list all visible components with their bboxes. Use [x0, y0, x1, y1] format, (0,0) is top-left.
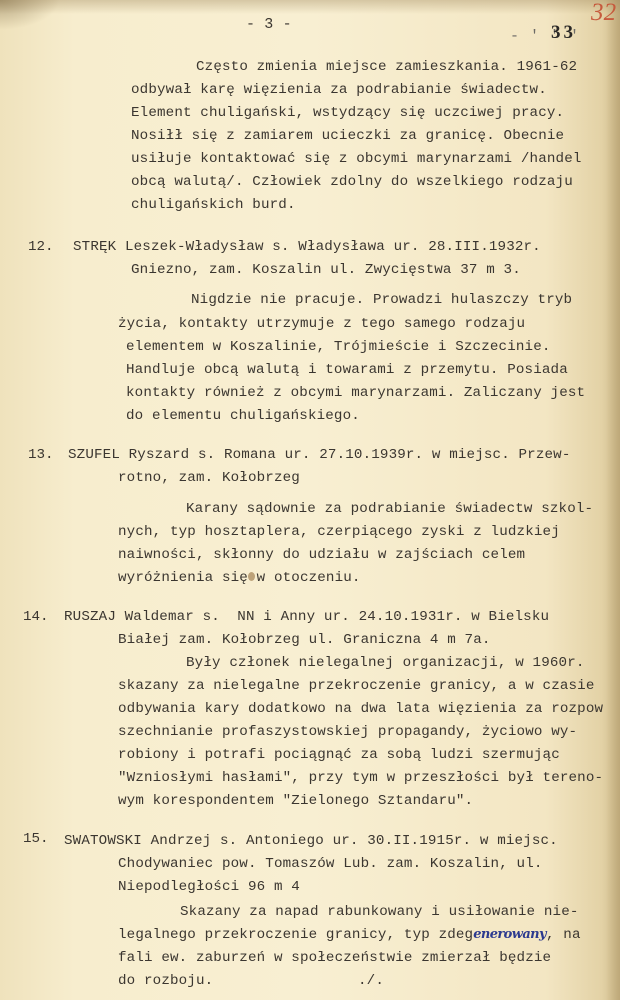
text-line: Były członek nielegalnej organizacji, w …: [186, 654, 585, 672]
text-line: do rozboju.: [118, 972, 213, 990]
text-line: Element chuligański, wstydzący się uczci…: [131, 104, 564, 122]
handwritten-correction: enerowany: [473, 927, 546, 942]
text-line: nych, typ hosztaplera, czerpiącego zyski…: [118, 523, 560, 541]
text-line: naiwności, skłonny do udziału w zajściac…: [118, 546, 525, 564]
entry-header-line: Gniezno, zam. Koszalin ul. Zwycięstwa 37…: [131, 261, 521, 279]
text-line: obcą walutą/. Człowiek zdolny do wszelki…: [131, 173, 573, 191]
paper-shadow-right: [606, 0, 620, 1000]
text-line: Nosiłł się z zamiarem ucieczki za granic…: [131, 127, 564, 145]
text-line: skazany za nielegalne przekroczenie gran…: [118, 677, 595, 695]
typed-text: legalnego przekroczenie granicy, typ zde…: [118, 927, 473, 943]
text-line: odbywał karę więzienia za podrabianie św…: [131, 81, 547, 99]
entry-number: 14.: [23, 608, 49, 626]
page-label: - 3 -: [246, 16, 292, 34]
entry-header-line: Chodywaniec pow. Tomaszów Lub. zam. Kosz…: [118, 855, 543, 873]
end-mark: ./.: [358, 972, 384, 990]
text-line: kontakty również z obcymi marynarzami. Z…: [126, 384, 585, 402]
text-line: odbywania kary dodatkowo na dwa lata wię…: [118, 700, 603, 718]
entry-header-line: rotno, zam. Kołobrzeg: [118, 469, 300, 487]
text-line-with-correction: legalnego przekroczenie granicy, typ zde…: [118, 926, 581, 944]
text-line: szechnianie profaszystowskiej propagandy…: [118, 723, 577, 741]
entry-number: 15.: [23, 830, 49, 848]
entry-header-line: Białej zam. Kołobrzeg ul. Graniczna 4 m …: [118, 631, 491, 649]
text-line: Często zmienia miejsce zamieszkania. 196…: [196, 58, 577, 76]
typed-text: , na: [546, 927, 581, 943]
text-line: elementem w Koszalinie, Trójmieście i Sz…: [126, 338, 551, 356]
paper-shadow-top: [0, 0, 620, 14]
entry-header-line: SWATOWSKI Andrzej s. Antoniego ur. 30.II…: [64, 832, 558, 850]
archive-page-number: 33: [551, 24, 576, 42]
text-line: Karany sądownie za podrabianie świadectw…: [186, 500, 593, 518]
text-line: usiłuje kontaktować się z obcymi marynar…: [131, 150, 582, 168]
text-line: Handluje obcą walutą i towarami z przemy…: [126, 361, 568, 379]
text-line: chuligańskich burd.: [131, 196, 296, 214]
handwritten-folio-number: 32: [591, 4, 616, 22]
text-line: życia, kontakty utrzymuje z tego samego …: [118, 315, 525, 333]
text-line: wyróżnienia się w otoczeniu.: [118, 569, 361, 587]
text-line: fali ew. zaburzeń w społeczeństwie zmier…: [118, 949, 551, 967]
entry-number: 12.: [28, 238, 54, 256]
text-line: Skazany za napad rabunkowany i usiłowani…: [180, 903, 579, 921]
entry-number: 13.: [28, 446, 54, 464]
text-line: do elementu chuligańskiego.: [126, 407, 360, 425]
text-line: robiony i potrafi pociągnąć za sobą ludz…: [118, 746, 560, 764]
text-line: "Wzniosłymi hasłami", przy tym w przeszł…: [118, 769, 603, 787]
paper-shadow-corner: [0, 0, 60, 30]
ink-stain: [248, 572, 255, 581]
text-line: Nigdzie nie pracuje. Prowadzi hulaszczy …: [191, 291, 572, 309]
text-line: wym korespondentem "Zielonego Sztandaru"…: [118, 792, 473, 810]
entry-header-line: Niepodległości 96 m 4: [118, 878, 300, 896]
entry-header-line: SZUFEL Ryszard s. Romana ur. 27.10.1939r…: [68, 446, 571, 464]
entry-header-line: STRĘK Leszek-Władysław s. Władysława ur.…: [73, 238, 541, 256]
entry-header-line: RUSZAJ Waldemar s. NN i Anny ur. 24.10.1…: [64, 608, 549, 626]
